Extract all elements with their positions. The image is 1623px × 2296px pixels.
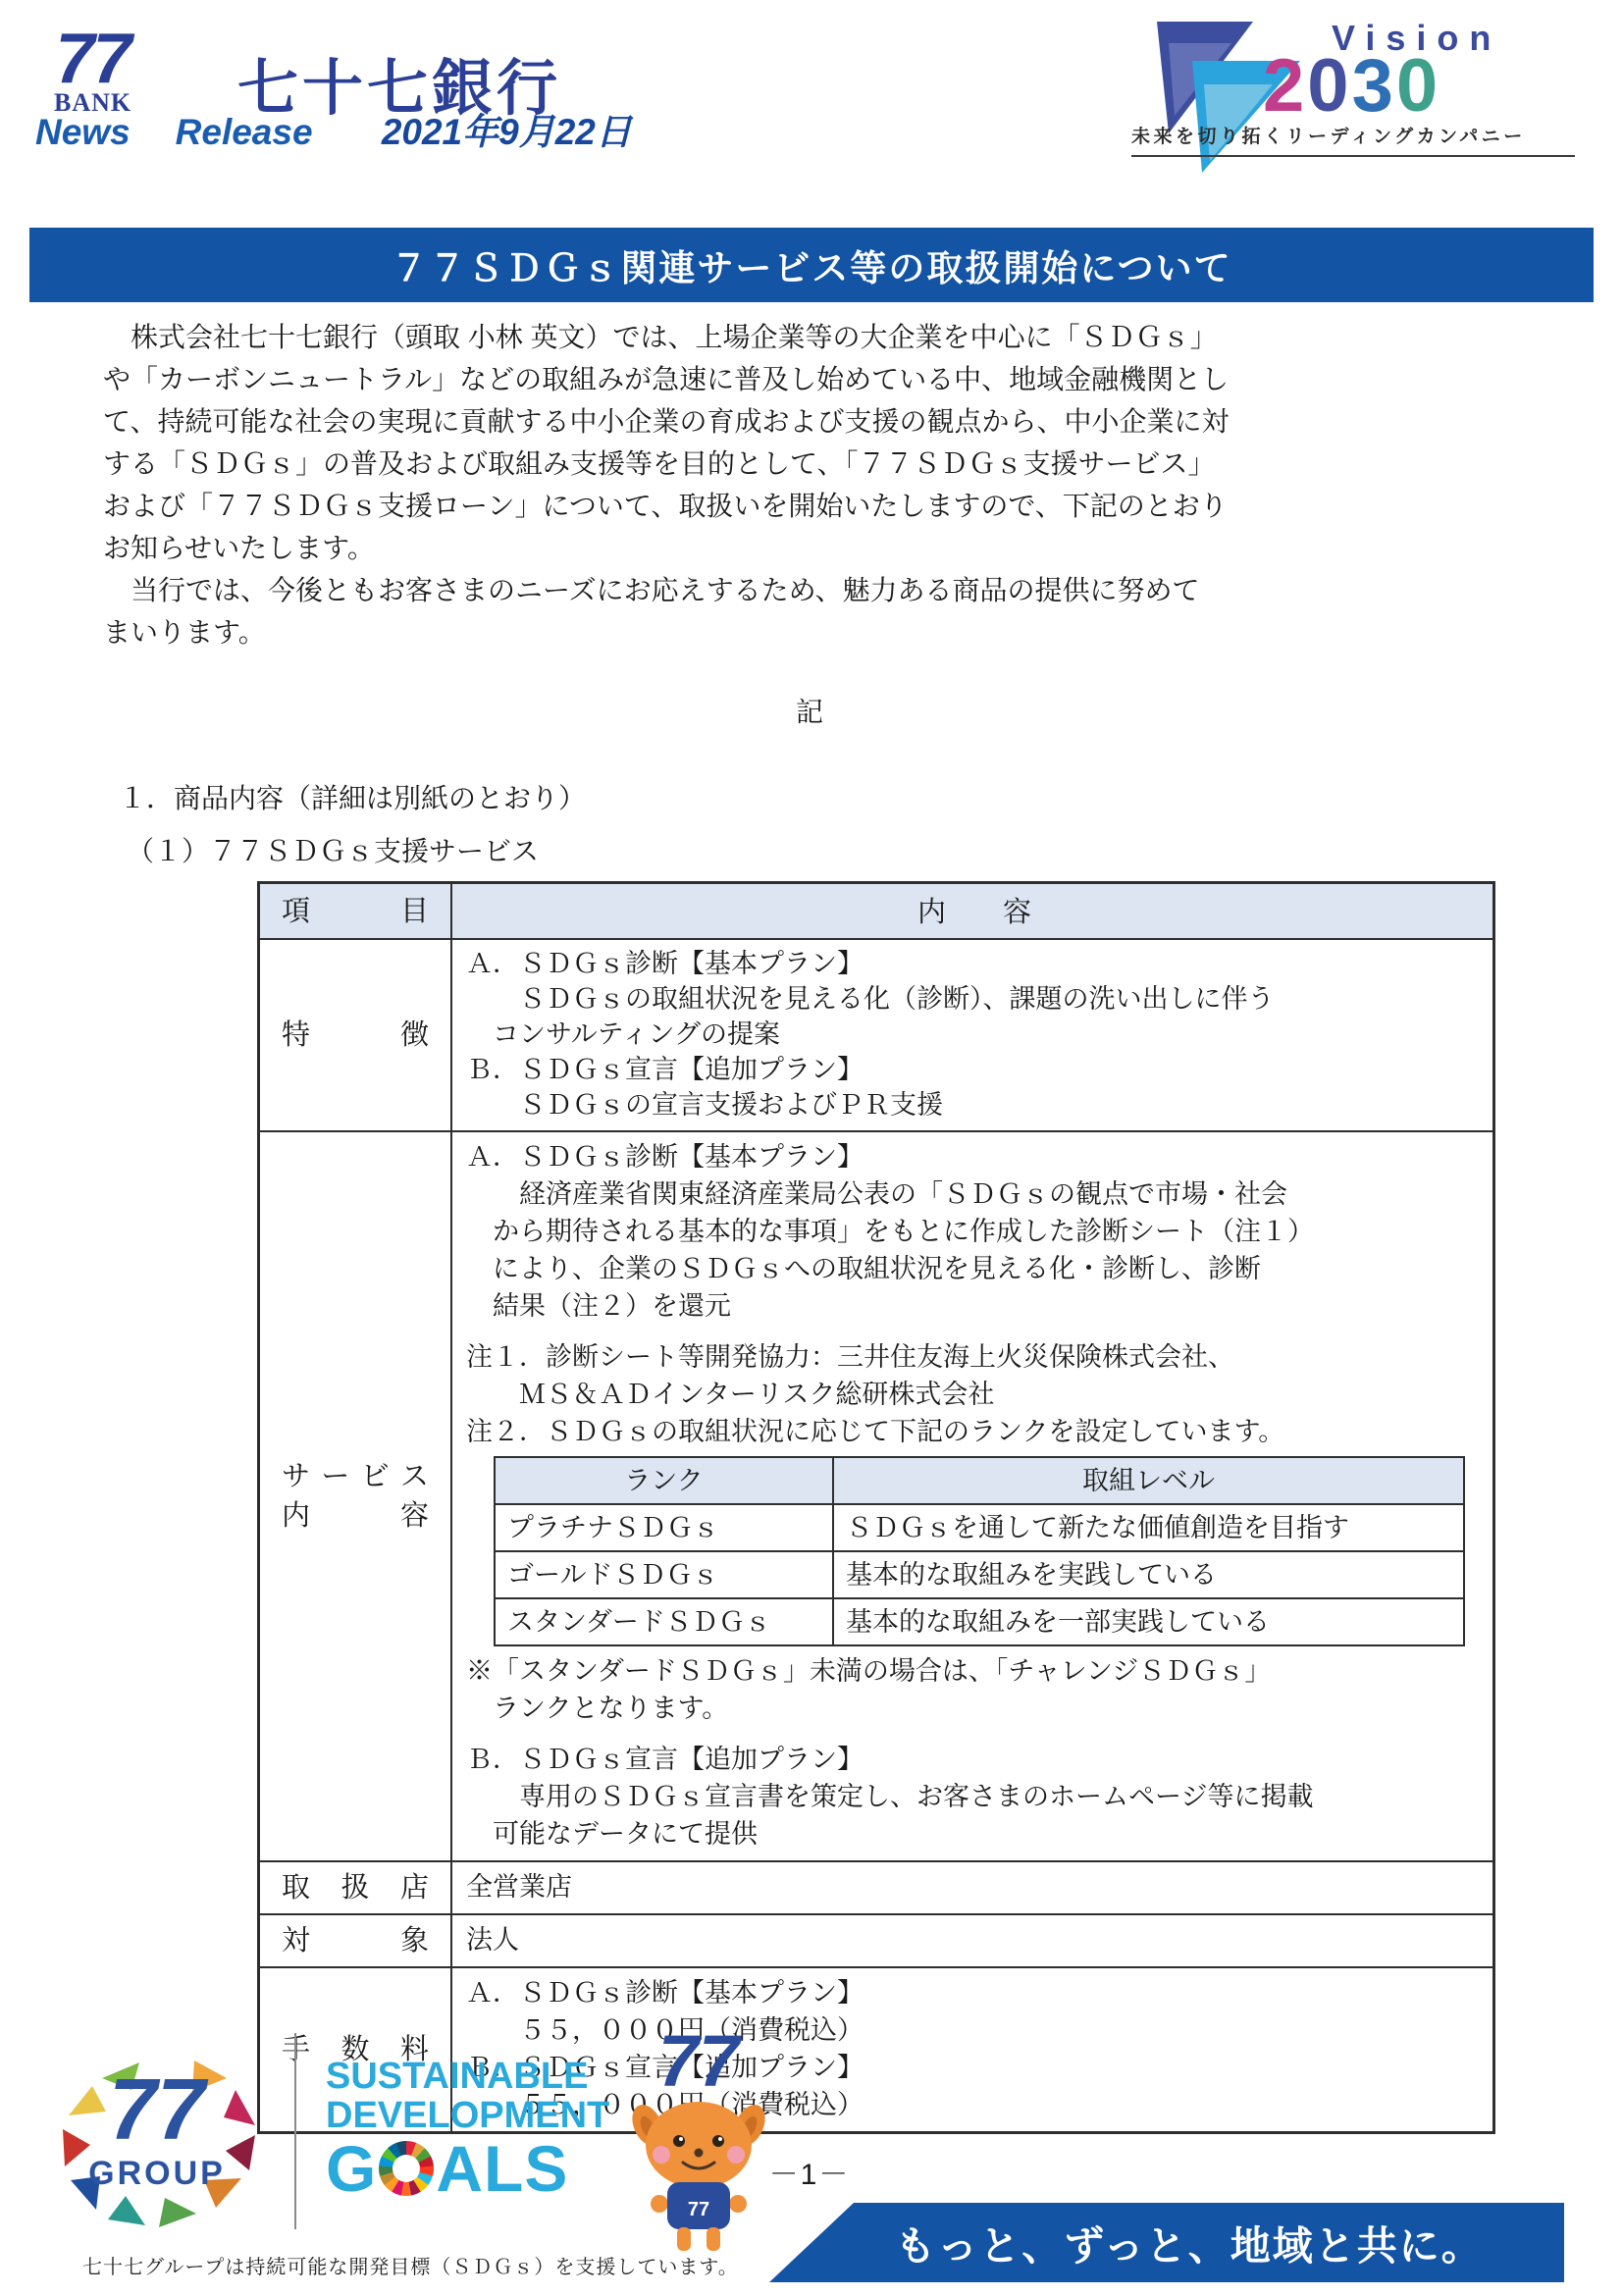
rank-table: ランク 取組レベル プラチナＳＤＧｓ ＳＤＧｓを通して新たな価値創造を目指す ゴ… xyxy=(494,1456,1465,1646)
group-logo-group: GROUP xyxy=(88,2155,226,2192)
title-banner: ７７ＳＤＧｓ関連サービス等の取扱開始について xyxy=(29,228,1594,302)
vision-digit-0a: 0 xyxy=(1307,44,1351,128)
page-number: －1－ xyxy=(103,2150,1516,2193)
service-notes: 注１．診断シート等開発協力：三井住友海上火災保険株式会社、 ＭＳ＆ＡＤインターリ… xyxy=(466,1338,1483,1450)
level-cell: ＳＤＧｓを通して新たな価値創造を目指す xyxy=(834,1505,1463,1550)
vision-year: 2030 xyxy=(1263,49,1440,124)
branch-label-cell: 取扱店 xyxy=(260,1862,452,1913)
rank-cell: スタンダードＳＤＧｓ xyxy=(496,1599,834,1644)
release-label: Release xyxy=(176,112,313,152)
rank-row-platinum: プラチナＳＤＧｓ ＳＤＧｓを通して新たな価値創造を目指す xyxy=(496,1503,1463,1550)
row-target: 対象 法人 xyxy=(260,1913,1492,1966)
target-label: 対象 xyxy=(282,1921,429,1960)
feature-label-cell: 特徴 xyxy=(260,940,452,1130)
news-release-page: { "colors": { "primary_blue": "#1454A4",… xyxy=(0,0,1623,2296)
header-item-cell: 項目 xyxy=(260,884,452,938)
group-logo-77: 77 xyxy=(109,2061,209,2158)
rank-row-standard: スタンダードＳＤＧｓ 基本的な取組みを一部実践している xyxy=(496,1597,1463,1644)
vision-digit-0b: 0 xyxy=(1396,44,1440,128)
mascot-shirt-77: 77 xyxy=(688,2199,709,2220)
target-value: 法人 xyxy=(452,1915,1492,1966)
sdg-logo: SUSTAINABLE DEVELOPMENT G ALS xyxy=(326,2057,609,2200)
rank-header-level: 取組レベル xyxy=(834,1458,1463,1503)
service-label-line2: 内容 xyxy=(282,1496,429,1536)
service-label-cell: サービス 内容 xyxy=(260,1132,452,1860)
section-heading-2: （１）７７ＳＤＧｓ支援サービス xyxy=(127,830,1516,869)
news-release-line: NewsRelease 2021年9月22日 xyxy=(35,102,632,155)
service-block-b: Ｂ．ＳＤＧｓ宣言【追加プラン】 専用のＳＤＧｓ宣言書を策定し、お客さまのホームペ… xyxy=(466,1741,1483,1852)
rank-table-header: ランク 取組レベル xyxy=(496,1458,1463,1503)
ribbon-text: もっと、ずっと、地域と共に。 xyxy=(850,2214,1484,2271)
sdg-wheel-icon xyxy=(379,2141,434,2196)
mascot-icon: 77 77 xyxy=(622,2025,775,2262)
header-item-label: 項目 xyxy=(282,892,429,931)
branch-value: 全営業店 xyxy=(452,1862,1492,1913)
vision-tagline: 未来を切り拓くリーディングカンパニー xyxy=(1131,122,1575,157)
sdg-goals-rest: ALS xyxy=(436,2137,568,2200)
body-paragraph-2: 当行では、今後ともお客さまのニーズにお応えするため、魅力ある商品の提供に努めてま… xyxy=(103,569,1516,653)
mascot-antler-77: 77 xyxy=(658,2025,743,2102)
vision-digit-3: 3 xyxy=(1352,44,1396,128)
level-cell: 基本的な取組みを実践している xyxy=(834,1552,1463,1597)
service-content: Ａ．ＳＤＧｓ診断【基本プラン】 経済産業省関東経済産業局公表の「ＳＤＧｓの観点で… xyxy=(452,1132,1492,1860)
vision-2030-logo: Vision 2030 未来を切り拓くリーディングカンパニー xyxy=(1055,10,1575,172)
vision-digit-2: 2 xyxy=(1263,44,1307,128)
service-block-a: Ａ．ＳＤＧｓ診断【基本プラン】 経済産業省関東経済産業局公表の「ＳＤＧｓの観点で… xyxy=(466,1138,1483,1325)
product-table: 項目 内 容 特徴 Ａ．ＳＤＧｓ診断【基本プラン】 ＳＤＧｓの取組状況を見える化… xyxy=(257,881,1495,2134)
release-date: 2021年9月22日 xyxy=(382,112,632,152)
section-heading-1: １．商品内容（詳細は別紙のとおり） xyxy=(119,777,1516,816)
bank-logo-77: 77 xyxy=(54,27,131,90)
rank-cell: プラチナＳＤＧｓ xyxy=(496,1505,834,1550)
row-branch: 取扱店 全営業店 xyxy=(260,1860,1492,1913)
target-label-cell: 対象 xyxy=(260,1915,452,1966)
table-header-row: 項目 内 容 xyxy=(260,884,1492,938)
page-title: ７７ＳＤＧｓ関連サービス等の取扱開始について xyxy=(391,238,1231,291)
sdg-line2: DEVELOPMENT xyxy=(326,2096,609,2135)
news-label: News xyxy=(35,112,131,152)
77-group-logo: 77 GROUP xyxy=(47,2049,267,2237)
rank-row-gold: ゴールドＳＤＧｓ 基本的な取組みを実践している xyxy=(496,1550,1463,1597)
rank-header-rank: ランク xyxy=(496,1458,834,1503)
group-logo-swirl-icon: 77 GROUP xyxy=(47,2049,267,2237)
feature-label: 特徴 xyxy=(282,1016,429,1055)
footer-divider xyxy=(294,2033,296,2229)
branch-label: 取扱店 xyxy=(282,1868,429,1907)
service-label-line1: サービス xyxy=(282,1457,429,1496)
body-paragraph-1: 株式会社七十七銀行（頭取 小林 英文）では、上場企業等の大企業を中心に「ＳＤＧｓ… xyxy=(103,316,1516,569)
feature-content: Ａ．ＳＤＧｓ診断【基本プラン】 ＳＤＧｓの取組状況を見える化（診断）、課題の洗い… xyxy=(452,940,1492,1130)
ki-marker: 記 xyxy=(103,691,1516,730)
header: 77 BANK 七十七銀行 NewsRelease 2021年9月22日 Vis… xyxy=(0,0,1623,228)
sdg-goals: G ALS xyxy=(326,2137,609,2200)
header-content-cell: 内 容 xyxy=(452,884,1492,938)
rank-cell: ゴールドＳＤＧｓ xyxy=(496,1552,834,1597)
rank-note: ※「スタンダードＳＤＧｓ」未満の場合は、「チャレンジＳＤＧｓ」 ランクとなります… xyxy=(466,1652,1483,1727)
sdg-goals-g: G xyxy=(326,2137,377,2200)
footer-caption: 七十七グループは持続可能な開発目標（ＳＤＧｓ）を支援しています。 xyxy=(82,2251,739,2279)
document-body: 株式会社七十七銀行（頭取 小林 英文）では、上場企業等の大企業を中心に「ＳＤＧｓ… xyxy=(103,316,1516,2193)
footer-ribbon: もっと、ずっと、地域と共に。 xyxy=(769,2203,1564,2282)
row-service: サービス 内容 Ａ．ＳＤＧｓ診断【基本プラン】 経済産業省関東経済産業局公表の「… xyxy=(260,1130,1492,1860)
row-feature: 特徴 Ａ．ＳＤＧｓ診断【基本プラン】 ＳＤＧｓの取組状況を見える化（診断）、課題… xyxy=(260,938,1492,1130)
level-cell: 基本的な取組みを一部実践している xyxy=(834,1599,1463,1644)
sdg-line1: SUSTAINABLE xyxy=(326,2057,609,2096)
